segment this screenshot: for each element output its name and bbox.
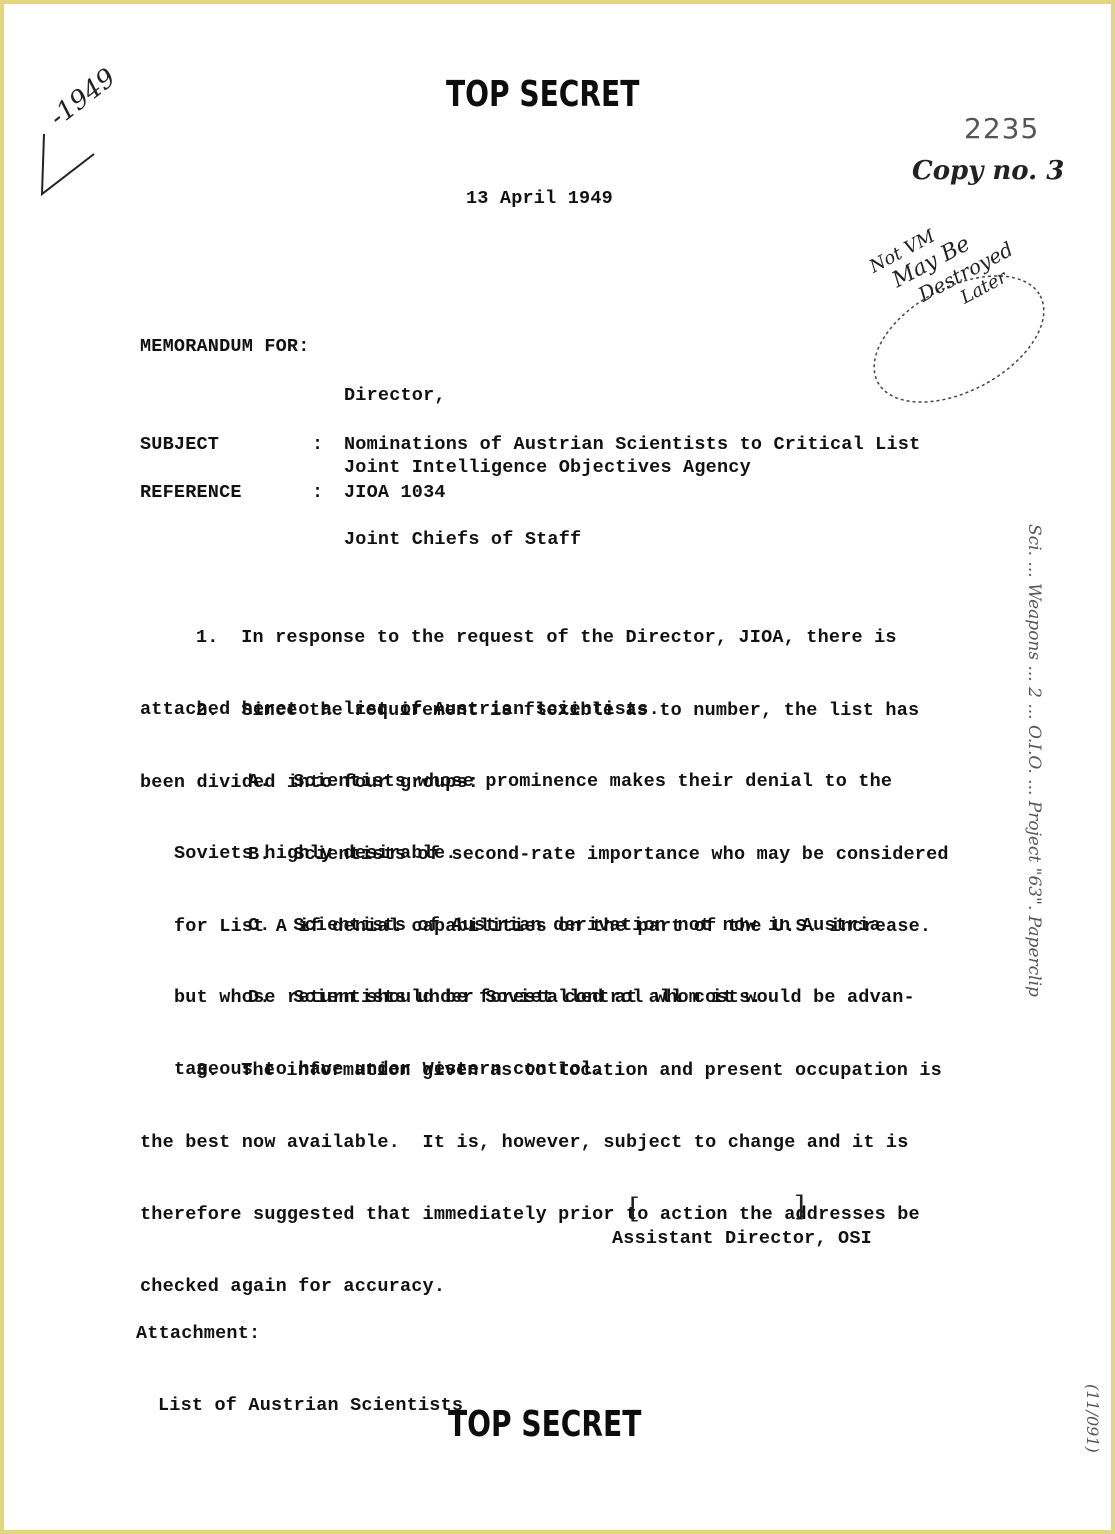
margin-note-handwritten: Sci. ... Weapons ... 2 ... O.I.O. ... Pr… bbox=[1024, 524, 1044, 997]
recipient-line: Director, bbox=[344, 384, 751, 408]
attachment-item: List of Austrian Scientists bbox=[136, 1394, 463, 1418]
signature-title: Assistant Director, OSI bbox=[612, 1228, 872, 1249]
attachment-label: Attachment: bbox=[136, 1322, 463, 1346]
check-mark-icon bbox=[34, 124, 114, 204]
redaction-bracket-open: [ bbox=[629, 1192, 640, 1225]
copy-number: Copy no. 3 bbox=[912, 156, 1064, 186]
reference-separator: : bbox=[312, 482, 323, 503]
subject-label: SUBJECT bbox=[140, 434, 219, 455]
handwritten-year-note: -1949 bbox=[44, 63, 122, 133]
memo-for-recipients: Director, Joint Intelligence Objectives … bbox=[344, 336, 751, 600]
document-page: -1949 TOP SECRET 2235 Copy no. 3 13 Apri… bbox=[4, 4, 1111, 1530]
document-number: 2235 bbox=[964, 112, 1039, 145]
recipient-line: Joint Intelligence Objectives Agency bbox=[344, 456, 751, 480]
memo-for-label: MEMORANDUM FOR: bbox=[140, 336, 310, 357]
reference-label: REFERENCE bbox=[140, 482, 242, 503]
subject-value: Nominations of Austrian Scientists to Cr… bbox=[344, 434, 920, 455]
subject-separator: : bbox=[312, 434, 323, 455]
redaction-bracket-close: ] bbox=[794, 1190, 805, 1223]
classification-bottom: TOP SECRET bbox=[448, 1404, 641, 1445]
margin-note-reference: (11/091) bbox=[1083, 1384, 1102, 1453]
reference-value: JIOA 1034 bbox=[344, 482, 446, 503]
classification-top: TOP SECRET bbox=[446, 74, 639, 115]
memo-date: 13 April 1949 bbox=[466, 188, 613, 209]
attachment: Attachment: List of Austrian Scientists bbox=[136, 1274, 463, 1466]
recipient-line: Joint Chiefs of Staff bbox=[344, 528, 751, 552]
